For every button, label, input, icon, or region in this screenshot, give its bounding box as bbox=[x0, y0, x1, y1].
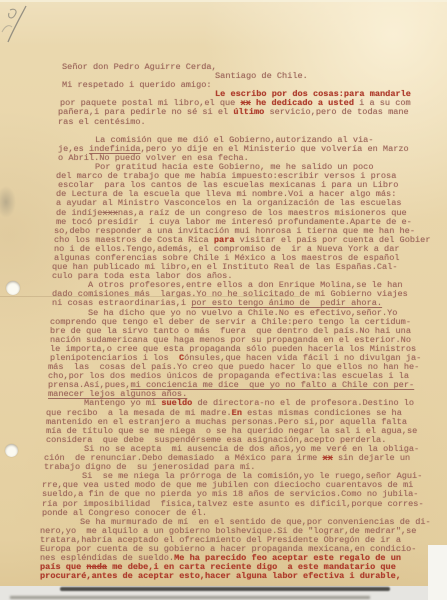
scanner-shadow-line bbox=[10, 596, 370, 599]
letter-line: procuraré,antes de aceptar esto,hacer al… bbox=[40, 572, 447, 581]
letter-text-segment: Señor don Pedro Aguirre Cerda, bbox=[62, 62, 217, 72]
letter-body: Señor don Pedro Aguirre Cerda,Santiago d… bbox=[0, 63, 447, 581]
scanner-white-corner bbox=[428, 545, 447, 600]
letter-text-segment: procuraré,antes de aceptar esto,hacer al… bbox=[40, 571, 401, 581]
page-top-edge bbox=[0, 0, 447, 2]
letter-text-segment: Santiago de Chile. bbox=[215, 71, 308, 81]
letter-text-segment: ras el centésimo. bbox=[58, 117, 146, 127]
letter-line: Santiago de Chile. bbox=[215, 72, 447, 81]
letter-page: Señor don Pedro Aguirre Cerda,Santiago d… bbox=[0, 0, 447, 586]
pencil-scribble bbox=[0, 2, 42, 50]
page-bottom-shadow bbox=[60, 587, 390, 591]
letter-text-segment: sin dejarle un bbox=[333, 453, 410, 463]
letter-text-segment: último bbox=[233, 107, 264, 117]
letter-text-segment: servicio,pero de todas mane bbox=[264, 107, 408, 117]
letter-text-segment: xx bbox=[322, 453, 332, 463]
letter-line: ras el centésimo. bbox=[58, 118, 447, 127]
letter-text-segment: Mi respetado i querido amigo: bbox=[62, 80, 212, 90]
